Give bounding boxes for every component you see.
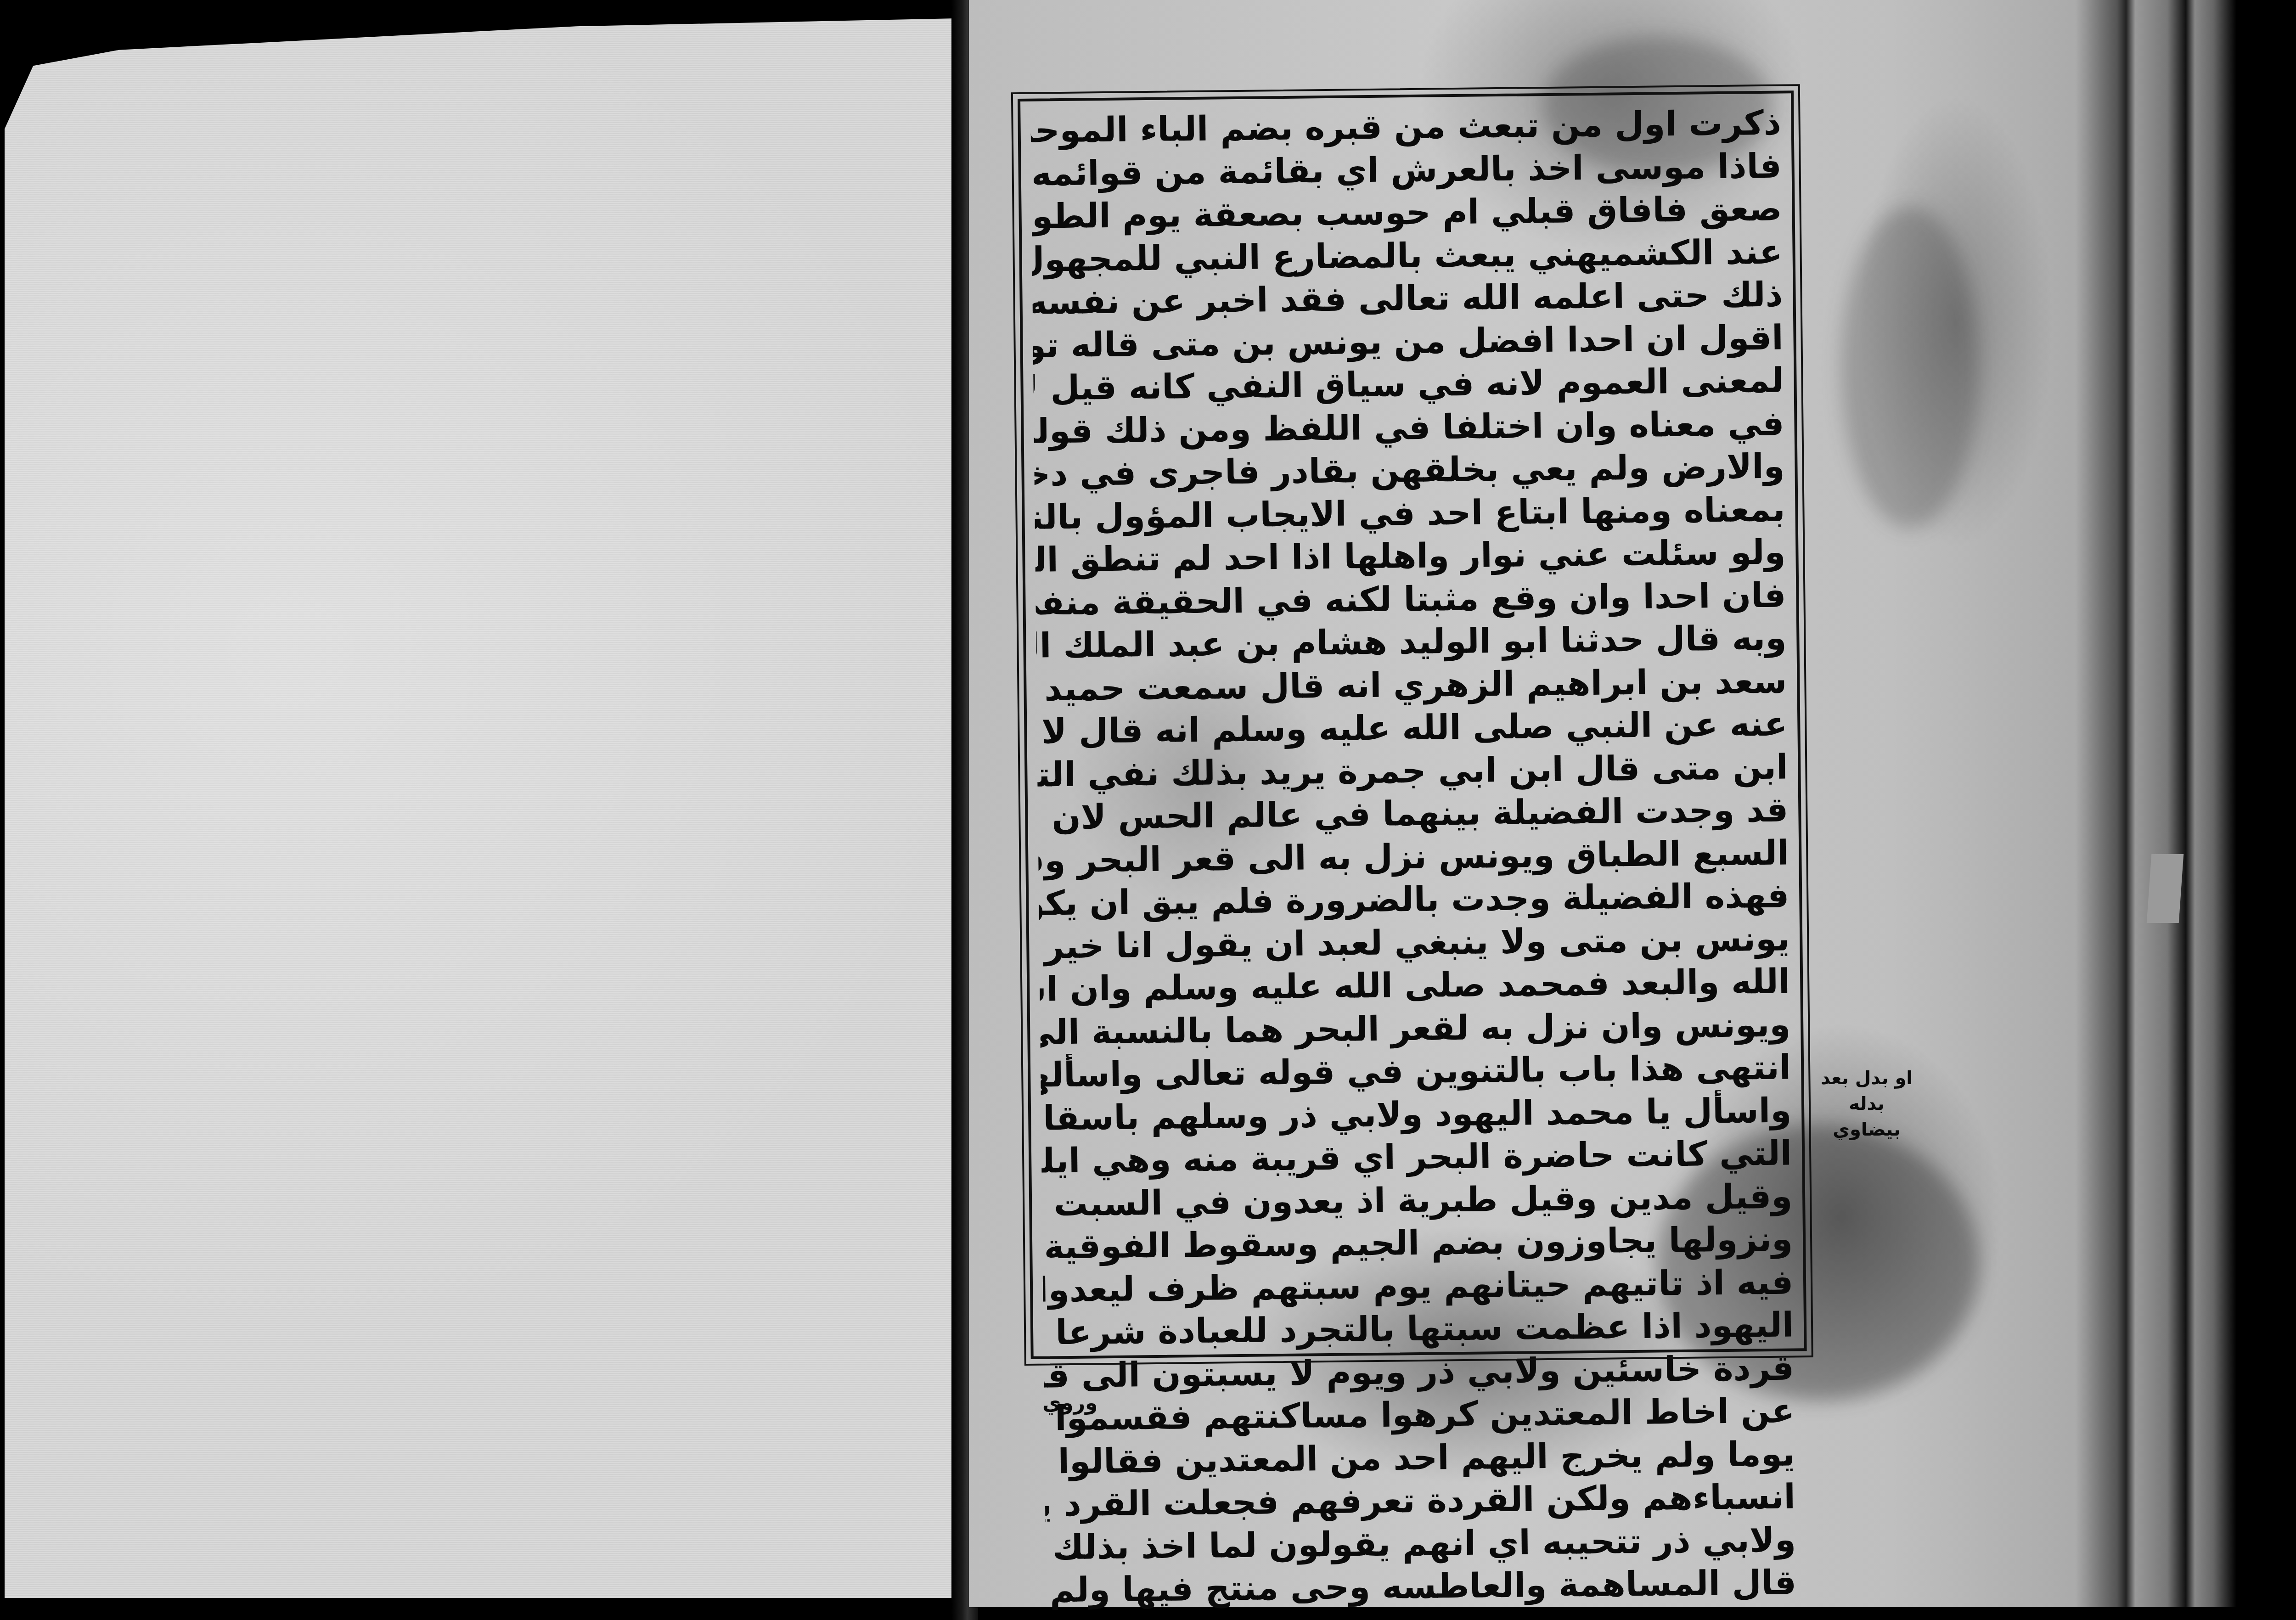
text-line: ذلك حتى اعلمه الله تعالى فقد اخبر عن نفس… <box>1032 274 1783 325</box>
verse-line: ولو سئلت عني نوار واهلها اذا احد لم تنطق… <box>1035 531 1786 582</box>
text-line: بمعناه ومنها ابتاع احد في الايجاب المؤول… <box>1035 488 1785 539</box>
text-line: فاذا موسى اخذ بالعرش اي بقائمة من قوائمه… <box>1031 145 1782 196</box>
text-line: صعق فافاق قبلي ام حوسب بصعقة يوم الطور و… <box>1031 188 1782 239</box>
water-stain <box>1841 207 1979 528</box>
text-line: قد وجدت الفضيلة بينهما في عالم الحس لان … <box>1038 789 1789 840</box>
text-line: اليهود اذا عظمت سبتها بالتجرد للعبادة شر… <box>1043 1304 1794 1355</box>
text-line: في معناه وان اختلفا في اللفظ ومن ذلك قول… <box>1034 402 1784 453</box>
text-line: عن اخاط المعتدين كرهوا مساكنتهم فقسموا ا… <box>1044 1389 1795 1440</box>
text-line: ونزولها يجاوزون بضم الجيم وسقوط الفوقية … <box>1042 1218 1793 1269</box>
text-line: عنه عن النبي صلى الله عليه وسلم انه قال … <box>1037 703 1788 754</box>
text-line: ويونس وان نزل به لقعر البحر هما بالنسبة … <box>1040 1003 1791 1054</box>
text-line: لمعنى العموم لانه في سياق النفي كانه قيل… <box>1033 360 1784 411</box>
main-text-block: ذكرت اول من تبعث من قبره بضم الباء الموح… <box>1030 102 1796 1612</box>
text-block-frame: ذكرت اول من تبعث من قبره بضم الباء الموح… <box>1018 90 1807 1359</box>
text-line: الله والبعد فمحمد صلى الله عليه وسلم وان… <box>1040 960 1790 1011</box>
text-line: يونس بن متى ولا ينبغي لعبد ان يقول انا خ… <box>1039 917 1790 968</box>
chapter-heading-line: انتهى هذا باب بالتنوين في قوله تعالى واس… <box>1041 1046 1791 1097</box>
text-line: ابن متى قال ابن ابي جمرة يريد بذلك نفي ا… <box>1037 746 1788 797</box>
text-line: واسأل يا محمد اليهود ولابي ذر وسلهم باسق… <box>1041 1089 1792 1140</box>
text-line: قال المساهمة والعاطسه وحى منتج فيها ولم … <box>1046 1561 1797 1612</box>
text-line: يوما ولم يخرج اليهم احد من المعتدين فقال… <box>1045 1433 1795 1484</box>
text-line: اقول ان احدا افضل من يونس بن متى قاله تو… <box>1033 316 1784 367</box>
text-line: قردة خاسئين ولابي ذر ويوم لا يسبتون الى … <box>1044 1347 1795 1398</box>
text-line: التي كانت حاضرة البحر اي قريبة منه وهي ا… <box>1041 1132 1792 1183</box>
marginal-gloss-line: او بدل بعد بدله <box>1816 1065 1917 1117</box>
text-line: انسباءهم ولكن القردة تعرفهم فجعلت القرد … <box>1045 1475 1796 1526</box>
manuscript-spread: ذكرت اول من تبعث من قبره بضم الباء الموح… <box>0 0 2296 1620</box>
text-line: ولابي ذر تتحيبه اي انهم يقولون لما اخذ ب… <box>1046 1519 1796 1569</box>
text-line: فهذه الفضيلة وجدت بالضرورة فلم يبق ان يك… <box>1039 875 1790 926</box>
text-line: وبه قال حدثنا ابو الوليد هشام بن عبد الم… <box>1036 617 1787 668</box>
text-line: فان احدا وان وقع مثبتا لكنه في الحقيقة م… <box>1035 574 1786 625</box>
left-blank-page <box>5 18 957 1598</box>
text-line: وقيل مدين وقيل طبرية اذ يعدون في السبت ا… <box>1042 1175 1793 1226</box>
marginal-gloss: او بدل بعد بدله بيضاوي <box>1816 1065 1917 1142</box>
text-line: ذكرت اول من تبعث من قبره بضم الباء الموح… <box>1030 102 1781 153</box>
text-line: سعد بن ابراهيم الزهري انه قال سمعت حميد … <box>1036 660 1787 711</box>
page-fore-edges <box>2076 0 2296 1607</box>
text-line: السبع الطباق ويونس نزل به الى قعر البحر … <box>1038 832 1789 883</box>
marginal-gloss-source: بيضاوي <box>1816 1117 1917 1142</box>
text-line: والارض ولم يعي بخلقهن بقادر فاجرى في دخو… <box>1034 445 1785 496</box>
catchword: وروي <box>1042 1391 1097 1415</box>
text-line: فيه اذ تاتيهم حيتانهم يوم سبتهم ظرف ليعد… <box>1043 1261 1794 1312</box>
text-line: عند الكشميهني يبعث بالمضارع النبي للمجهو… <box>1032 231 1783 281</box>
page-tab <box>2147 854 2183 923</box>
